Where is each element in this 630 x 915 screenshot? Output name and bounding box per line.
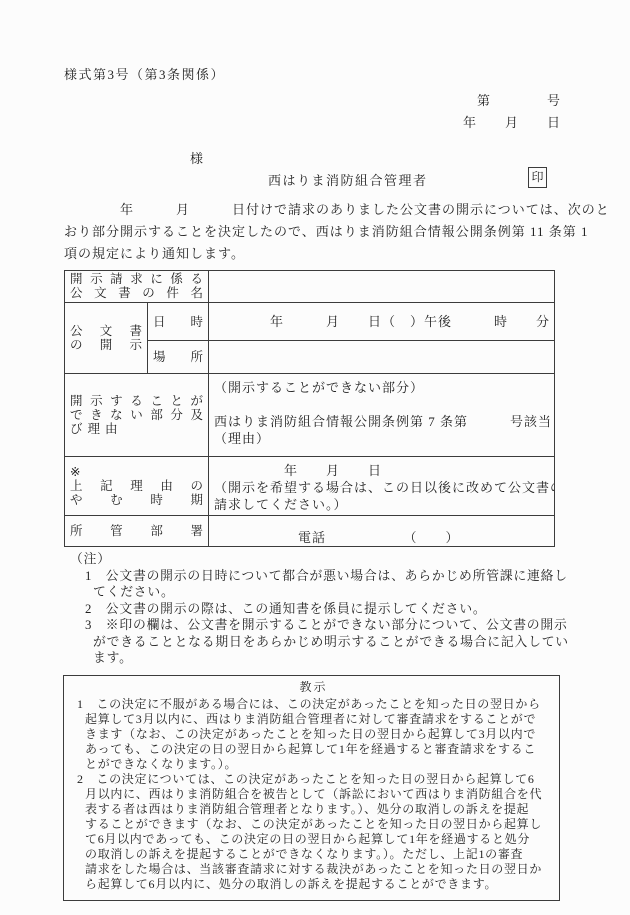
value-department: 電話 （ ） bbox=[209, 516, 555, 547]
value-period: 年 月 日（開示を希望する場合は、この日以後に改めて公文書の開示を請求してくださ… bbox=[209, 457, 555, 516]
form-number: 様式第3号（第3条関係） bbox=[64, 64, 561, 82]
value-datetime: 年 月 日（ ）午後 時 分 bbox=[209, 303, 555, 341]
document-number-block: 第 号 年 月 日 bbox=[64, 90, 561, 134]
document-page: 様式第3号（第3条関係） 第 号 年 月 日 様 西はりま消防組合管理者 印 年… bbox=[0, 0, 630, 915]
value-subject bbox=[209, 271, 555, 303]
label-datetime: 日時 bbox=[148, 303, 209, 341]
notification-paragraph: 年 月 日付けで請求のありました公文書の開示については、次のとおり部分開示するこ… bbox=[64, 199, 561, 265]
notes-title: （注） bbox=[64, 551, 561, 568]
label-place: 場所 bbox=[148, 341, 209, 374]
instruction-item-2: 2 この決定については、この決定があったことを知った日の翌日から起算して6月以内… bbox=[77, 772, 550, 892]
instruction-title: 教示 bbox=[77, 680, 550, 695]
label-nondisclosable: 開示することができない部分及び理由 bbox=[65, 374, 209, 457]
label-subject: 開示請求に係る公文書の件名 bbox=[65, 271, 209, 303]
note-item-3: 3 ※印の欄は、公文書を開示することができない部分について、公文書の開示ができる… bbox=[64, 617, 561, 667]
note-item-1: 1 公文書の開示の日時について都合が悪い場合は、あらかじめ所管課に連絡してくださ… bbox=[64, 568, 561, 601]
instruction-item-1: 1 この決定に不服がある場合には、この決定があったことを知った日の翌日から起算し… bbox=[77, 697, 550, 772]
label-document-disclosure: 公文書の開示 bbox=[65, 303, 148, 374]
disclosure-table: 開示請求に係る公文書の件名 公文書の開示 日時 年 月 日（ ）午後 時 分 場… bbox=[64, 270, 555, 547]
note-item-2: 2 公文書の開示の際は、この通知書を係員に提示してください。 bbox=[64, 601, 561, 618]
appeal-instruction-box: 教示 1 この決定に不服がある場合には、この決定があったことを知った日の翌日から… bbox=[63, 675, 560, 901]
issuer-line: 西はりま消防組合管理者 印 bbox=[64, 170, 561, 192]
addressee: 様 bbox=[64, 148, 561, 170]
issuer-name: 西はりま消防組合管理者 bbox=[268, 173, 428, 188]
document-date: 年 月 日 bbox=[64, 112, 561, 134]
notes-section: （注） 1 公文書の開示の日時について都合が悪い場合は、あらかじめ所管課に連絡し… bbox=[64, 551, 561, 667]
label-period: ※上記理由のやむ時期 bbox=[65, 457, 209, 516]
label-department: 所管部署 bbox=[65, 516, 209, 547]
value-place bbox=[209, 341, 555, 374]
seal-stamp: 印 bbox=[528, 167, 547, 188]
value-nondisclosable: （開示することができない部分） 西はりま消防組合情報公開条例第 7 条第 号該当… bbox=[209, 374, 555, 457]
document-number: 第 号 bbox=[64, 90, 561, 112]
